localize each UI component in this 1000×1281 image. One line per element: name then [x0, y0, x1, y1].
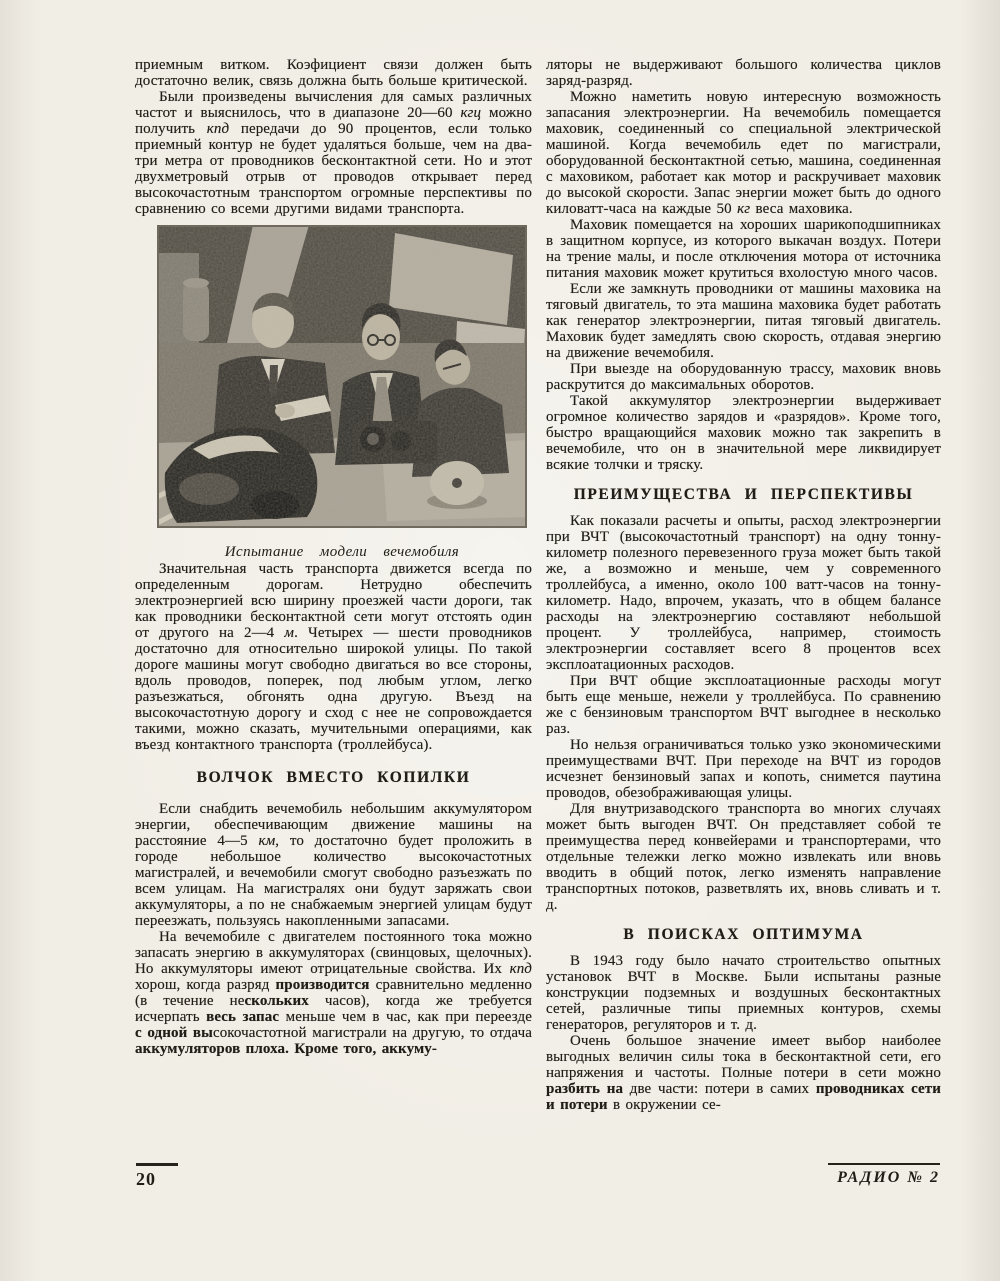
paragraph: Если снабдить вечемобиль небольшим аккум…	[135, 801, 532, 929]
paragraph: В 1943 году было начато строительство оп…	[546, 953, 941, 1033]
footer-rule-left	[136, 1163, 178, 1166]
paragraph: Такой аккумулятор электроэнергии выдержи…	[546, 393, 941, 473]
left-column: приемным витком. Коэфициент связи должен…	[135, 57, 532, 1057]
magazine-page: приемным витком. Коэфициент связи должен…	[0, 0, 1000, 1281]
journal-footer-block: РАДИО № 2	[828, 1163, 940, 1187]
paragraph: При выезде на оборудованную трассу, махо…	[546, 361, 941, 393]
paragraph: На вечемобиле с двигателем постоянного т…	[135, 929, 532, 1057]
paragraph: Очень большое значение имеет выбор наибо…	[546, 1033, 941, 1113]
photo-vechemobil-test	[157, 225, 527, 528]
photo-caption: Испытание модели вечемобиля	[157, 544, 527, 561]
section-heading-optimum: В ПОИСКАХ ОПТИМУМА	[546, 926, 941, 944]
footer-rule-right	[828, 1163, 940, 1165]
photo-illustration	[157, 225, 527, 528]
section-heading-preimushchestva: ПРЕИМУЩЕСТВА И ПЕРСПЕКТИВЫ	[546, 486, 941, 504]
paragraph: приемным витком. Коэфициент связи должен…	[135, 57, 532, 89]
page-number-block: 20	[136, 1163, 178, 1190]
journal-title: РАДИО № 2	[828, 1169, 940, 1187]
paragraph: Как показали расчеты и опыты, расход эле…	[546, 513, 941, 673]
paragraph: Но нельзя ограничиваться только узко эко…	[546, 737, 941, 801]
section-heading-volchok: ВОЛЧОК ВМЕСТО КОПИЛКИ	[135, 769, 532, 787]
paragraph: Если же замкнуть проводники от машины ма…	[546, 281, 941, 361]
right-column: ляторы не выдерживают большого количеств…	[546, 57, 941, 1113]
paragraph: Были произведены вычисления для самых ра…	[135, 89, 532, 217]
paragraph: Можно наметить новую интересную возможно…	[546, 89, 941, 217]
paragraph: Значительная часть транспорта движется в…	[135, 561, 532, 753]
paragraph: ляторы не выдерживают большого количеств…	[546, 57, 941, 89]
paragraph: Для внутризаводского транспорта во многи…	[546, 801, 941, 913]
paragraph: Маховик помещается на хороших шарикоподш…	[546, 217, 941, 281]
paragraph: При ВЧТ общие эксплоатационные расходы м…	[546, 673, 941, 737]
page-number: 20	[136, 1169, 178, 1190]
